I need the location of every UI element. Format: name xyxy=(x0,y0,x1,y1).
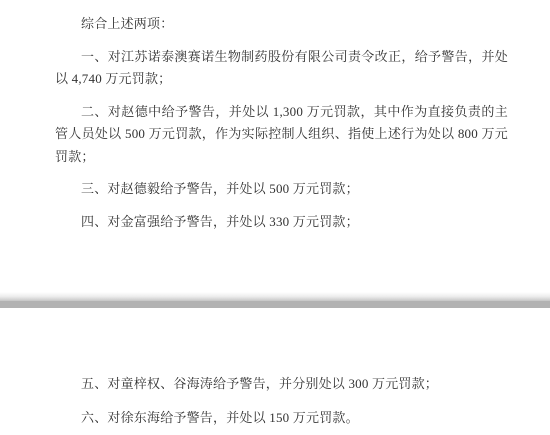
paragraph-summary-intro: 综合上述两项： xyxy=(55,13,508,36)
document-viewer: 综合上述两项： 一、对江苏诺泰澳赛诺生物制药股份有限公司责令改正，给予警告，并处… xyxy=(0,0,550,435)
document-page-2: 五、对童梓权、谷海涛给予警告，并分别处以 300 万元罚款； 六、对徐东海给予警… xyxy=(0,308,550,435)
paragraph-penalty-item-6: 六、对徐东海给予警告，并处以 150 万元罚款。 xyxy=(55,407,508,430)
paragraph-penalty-item-5: 五、对童梓权、谷海涛给予警告，并分别处以 300 万元罚款； xyxy=(55,373,508,396)
page-bottom-shadow xyxy=(0,292,550,300)
paragraph-penalty-item-1: 一、对江苏诺泰澳赛诺生物制药股份有限公司责令改正，给予警告，并处以 4,740 … xyxy=(55,46,508,91)
page-separator xyxy=(0,300,550,308)
paragraph-penalty-item-4: 四、对金富强给予警告，并处以 330 万元罚款； xyxy=(55,211,508,234)
document-page-1: 综合上述两项： 一、对江苏诺泰澳赛诺生物制药股份有限公司责令改正，给予警告，并处… xyxy=(0,0,550,292)
paragraph-penalty-item-2: 二、对赵德中给予警告，并处以 1,300 万元罚款，其中作为直接负责的主管人员处… xyxy=(55,101,508,169)
paragraph-penalty-item-3: 三、对赵德毅给予警告，并处以 500 万元罚款； xyxy=(55,178,508,201)
